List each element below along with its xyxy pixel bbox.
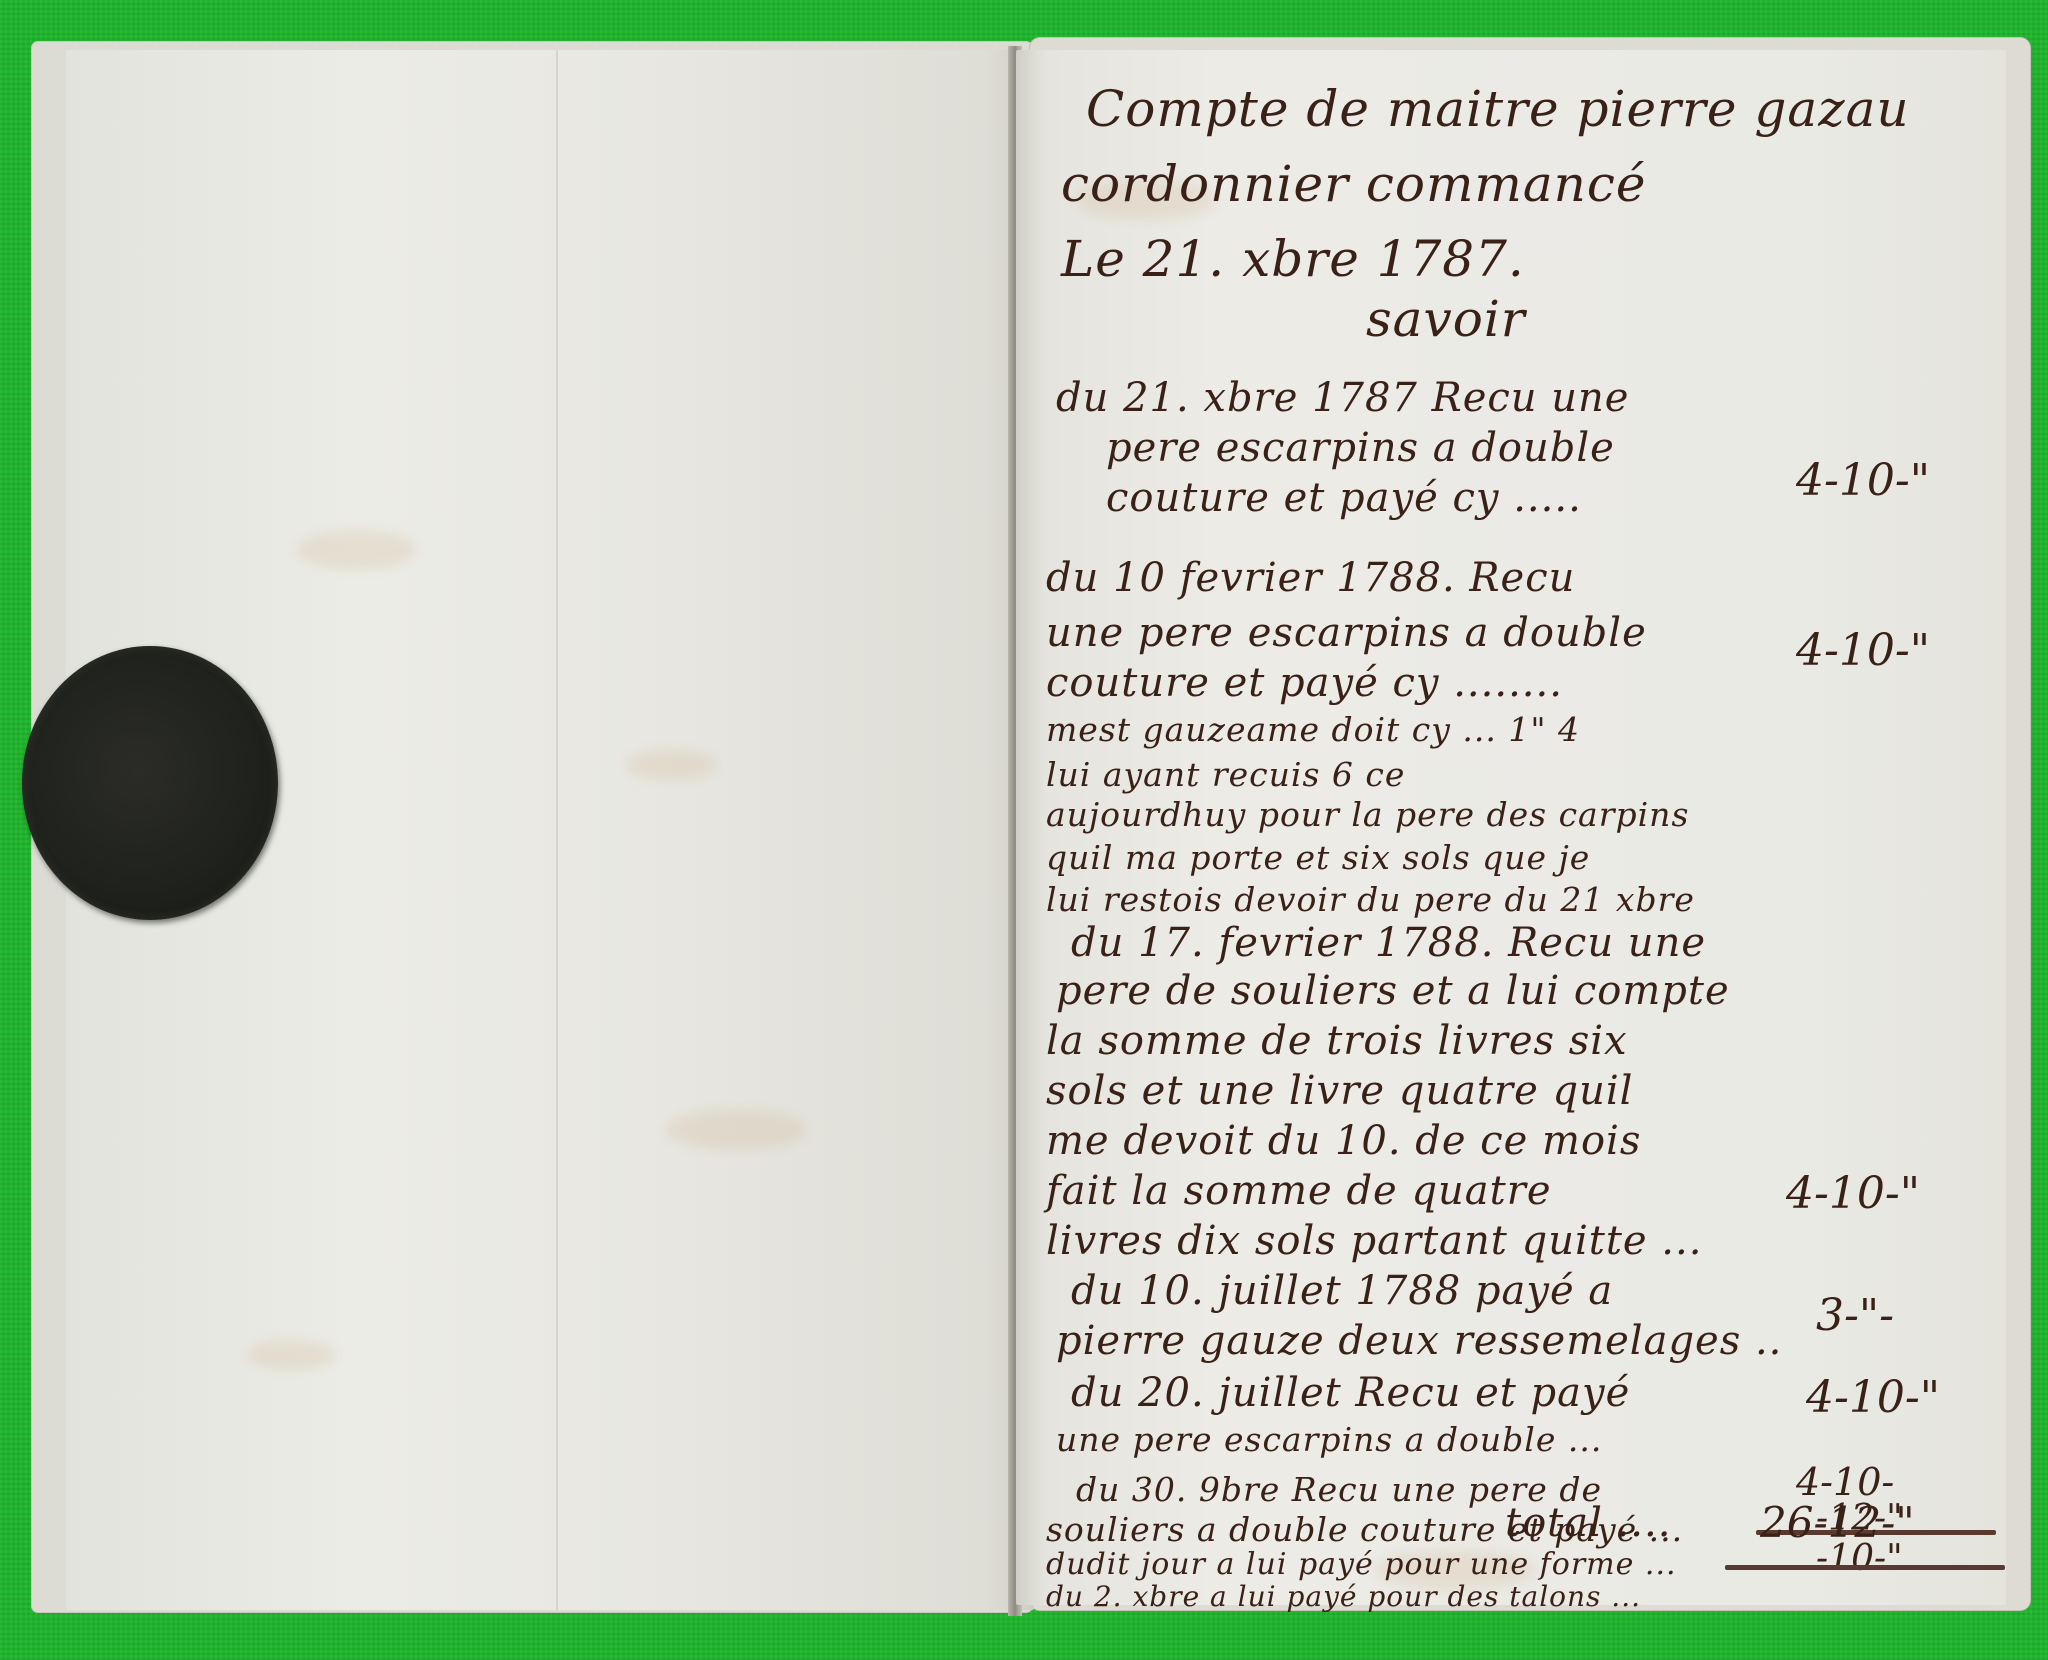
entry-3-line-3: aujourdhuy pour la pere des carpins (1046, 795, 1689, 834)
total-label: total .... (1505, 1500, 1671, 1546)
entry-6-amount: 4-10-" (1806, 1372, 1940, 1423)
ledger-heading-date: Le 21. xbre 1787. (1061, 230, 1525, 288)
entry-3-line-2: lui ayant recuis 6 ce (1046, 755, 1405, 794)
entry-4-amount: 4-10-" (1786, 1168, 1920, 1219)
entry-1-line-1: du 21. xbre 1787 Recu une (1056, 375, 1629, 421)
coin (22, 646, 278, 920)
entry-3-line-1: mest gauzeame doit cy ... 1" 4 (1046, 710, 1580, 749)
entry-2-line-1: du 10 fevrier 1788. Recu (1046, 555, 1575, 601)
entry-2-line-2: une pere escarpins a double (1046, 610, 1647, 656)
entry-4-line-1: du 17. fevrier 1788. Recu une (1071, 920, 1706, 966)
entry-3-line-5: lui restois devoir du pere du 21 xbre (1046, 880, 1695, 919)
entry-4-line-4: sols et une livre quatre quil (1046, 1068, 1633, 1114)
ledger-heading-savoir: savoir (1366, 290, 1526, 348)
entry-4-line-5: me devoit du 10. de ce mois (1046, 1118, 1641, 1164)
total-amount: 26-12-" (1760, 1498, 1915, 1547)
entry-9-line-1: du 2. xbre a lui payé pour des talons ..… (1046, 1580, 1641, 1613)
ledger-heading-line-1: Compte de maitre pierre gazau (1086, 80, 1910, 138)
paper-stain (626, 750, 716, 780)
entry-4-line-6: fait la somme de quatre (1046, 1168, 1552, 1214)
total-rule-bottom (1725, 1565, 2005, 1570)
entry-1-line-2: pere escarpins a double (1106, 425, 1615, 471)
entry-5-line-1: du 10. juillet 1788 payé a (1071, 1268, 1613, 1314)
paper-stain (666, 1110, 806, 1150)
ledger-heading-line-2: cordonnier commancé (1061, 155, 1646, 213)
entry-6-line-1: du 20. juillet Recu et payé (1071, 1370, 1630, 1416)
entry-8-line-1: dudit jour a lui payé pour une forme ... (1046, 1547, 1677, 1582)
entry-6-line-2: une pere escarpins a double ... (1056, 1420, 1602, 1459)
right-page-ledger: Compte de maitre pierre gazau cordonnier… (1016, 50, 2006, 1605)
entry-1-amount: 4-10-" (1796, 455, 1930, 506)
paper-stain (296, 530, 416, 570)
entry-4-line-2: pere de souliers et a lui compte (1056, 968, 1730, 1014)
entry-5-amount: 3-"- (1816, 1290, 1894, 1341)
entry-4-line-7: livres dix sols partant quitte ... (1046, 1218, 1702, 1264)
open-ledger-book: Compte de maitre pierre gazau cordonnier… (30, 38, 2030, 1618)
entry-4-line-3: la somme de trois livres six (1046, 1018, 1628, 1064)
entry-1-line-3: couture et payé cy ..... (1106, 475, 1582, 521)
entry-3-line-4: quil ma porte et six sols que je (1046, 838, 1590, 877)
left-page-fold-line (556, 50, 558, 1610)
entry-2-amount: 4-10-" (1796, 625, 1930, 676)
entry-2-line-3: couture et payé cy ........ (1046, 660, 1563, 706)
entry-5-line-2: pierre gauze deux ressemelages .. (1056, 1318, 1782, 1364)
paper-stain (246, 1340, 336, 1370)
